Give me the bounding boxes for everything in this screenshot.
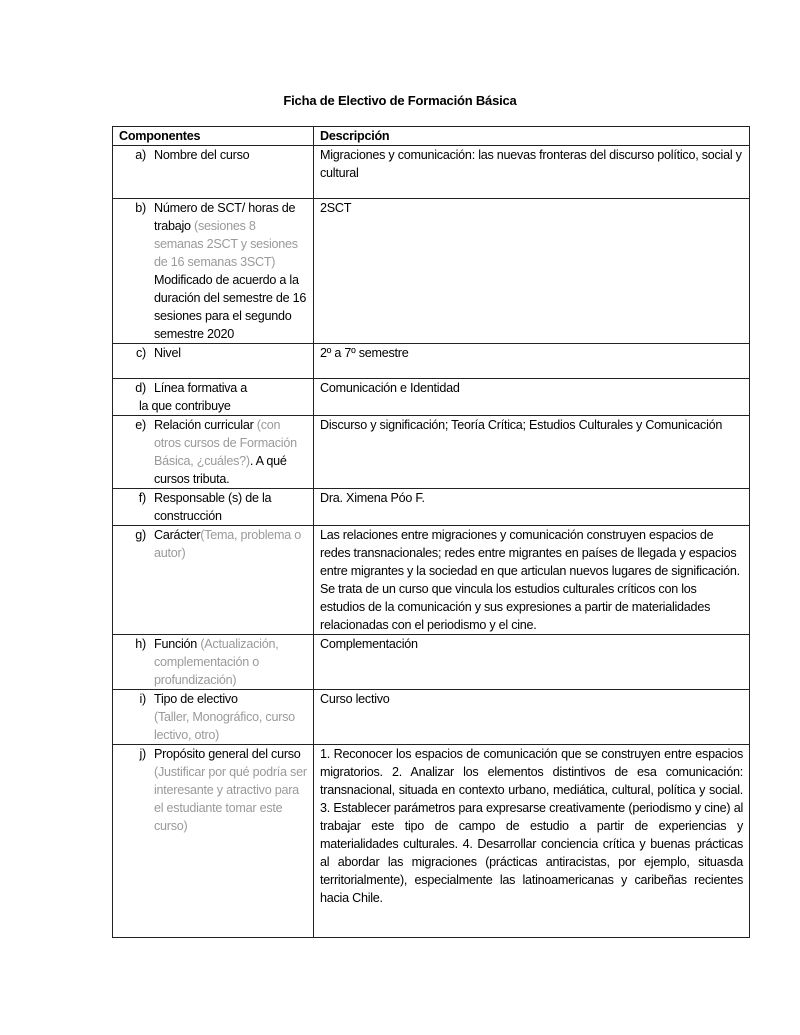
row-label: e) bbox=[119, 416, 154, 488]
component-cell: h) Función (Actualización, complementaci… bbox=[113, 635, 314, 690]
component-cell: a) Nombre del curso bbox=[113, 146, 314, 199]
row-label: b) bbox=[119, 199, 154, 343]
table-row: e) Relación curricular (con otros cursos… bbox=[113, 416, 750, 489]
component-name: Tipo de electivo bbox=[154, 692, 238, 706]
row-label: i) bbox=[119, 690, 154, 744]
table-row: d) Línea formativa a la que contribuye C… bbox=[113, 379, 750, 416]
component-name: Nivel bbox=[154, 346, 181, 360]
row-label: h) bbox=[119, 635, 154, 689]
component-hint: (Taller, Monográfico, curso lectivo, otr… bbox=[154, 710, 295, 742]
table-row: b) Número de SCT/ horas de trabajo (sesi… bbox=[113, 199, 750, 344]
header-descripcion: Descripción bbox=[314, 127, 750, 146]
description-cell: Migraciones y comunicación: las nuevas f… bbox=[314, 146, 750, 199]
row-label: a) bbox=[119, 146, 154, 164]
row-label: c) bbox=[119, 344, 154, 362]
component-name: Propósito general del curso bbox=[154, 747, 301, 761]
description-cell: 2SCT bbox=[314, 199, 750, 344]
table-row: f) Responsable (s) de la construcción Dr… bbox=[113, 489, 750, 526]
component-cell: c) Nivel bbox=[113, 344, 314, 379]
component-cell: b) Número de SCT/ horas de trabajo (sesi… bbox=[113, 199, 314, 344]
component-cell: f) Responsable (s) de la construcción bbox=[113, 489, 314, 526]
row-label: j) bbox=[119, 745, 154, 835]
row-label: g) bbox=[119, 526, 154, 562]
component-cell: i) Tipo de electivo (Taller, Monográfico… bbox=[113, 690, 314, 745]
component-cell: e) Relación curricular (con otros cursos… bbox=[113, 416, 314, 489]
description-cell: Comunicación e Identidad bbox=[314, 379, 750, 416]
document-title: Ficha de Electivo de Formación Básica bbox=[0, 93, 800, 108]
table-header-row: Componentes Descripción bbox=[113, 127, 750, 146]
row-label: f) bbox=[119, 489, 154, 525]
component-note: Modificado de acuerdo a la duración del … bbox=[154, 273, 306, 341]
component-hint: (Justificar por qué podría ser interesan… bbox=[154, 765, 307, 833]
table-row: i) Tipo de electivo (Taller, Monográfico… bbox=[113, 690, 750, 745]
component-name: Nombre del curso bbox=[154, 148, 249, 162]
component-name: Responsable (s) de la construcción bbox=[154, 491, 271, 523]
description-cell: Curso lectivo bbox=[314, 690, 750, 745]
component-name: Carácter bbox=[154, 528, 200, 542]
table-row: j) Propósito general del curso (Justific… bbox=[113, 745, 750, 938]
component-cell: d) Línea formativa a la que contribuye bbox=[113, 379, 314, 416]
description-cell: Discurso y significación; Teoría Crítica… bbox=[314, 416, 750, 489]
table-row: g) Carácter(Tema, problema o autor) Las … bbox=[113, 526, 750, 635]
table-row: h) Función (Actualización, complementaci… bbox=[113, 635, 750, 690]
header-componentes: Componentes bbox=[113, 127, 314, 146]
course-sheet-table: Componentes Descripción a) Nombre del cu… bbox=[112, 126, 750, 938]
description-cell: 1. Reconocer los espacios de comunicació… bbox=[314, 745, 750, 938]
component-cell: g) Carácter(Tema, problema o autor) bbox=[113, 526, 314, 635]
component-name-continuation: la que contribuye bbox=[119, 397, 307, 415]
description-cell: Dra. Ximena Póo F. bbox=[314, 489, 750, 526]
description-cell: Las relaciones entre migraciones y comun… bbox=[314, 526, 750, 635]
component-name: Función bbox=[154, 637, 197, 651]
row-label: d) bbox=[119, 379, 154, 397]
component-name: Línea formativa a bbox=[154, 381, 247, 395]
component-cell: j) Propósito general del curso (Justific… bbox=[113, 745, 314, 938]
component-name: Relación curricular bbox=[154, 418, 254, 432]
table-row: c) Nivel 2º a 7º semestre bbox=[113, 344, 750, 379]
description-cell: 2º a 7º semestre bbox=[314, 344, 750, 379]
table-row: a) Nombre del curso Migraciones y comuni… bbox=[113, 146, 750, 199]
description-cell: Complementación bbox=[314, 635, 750, 690]
